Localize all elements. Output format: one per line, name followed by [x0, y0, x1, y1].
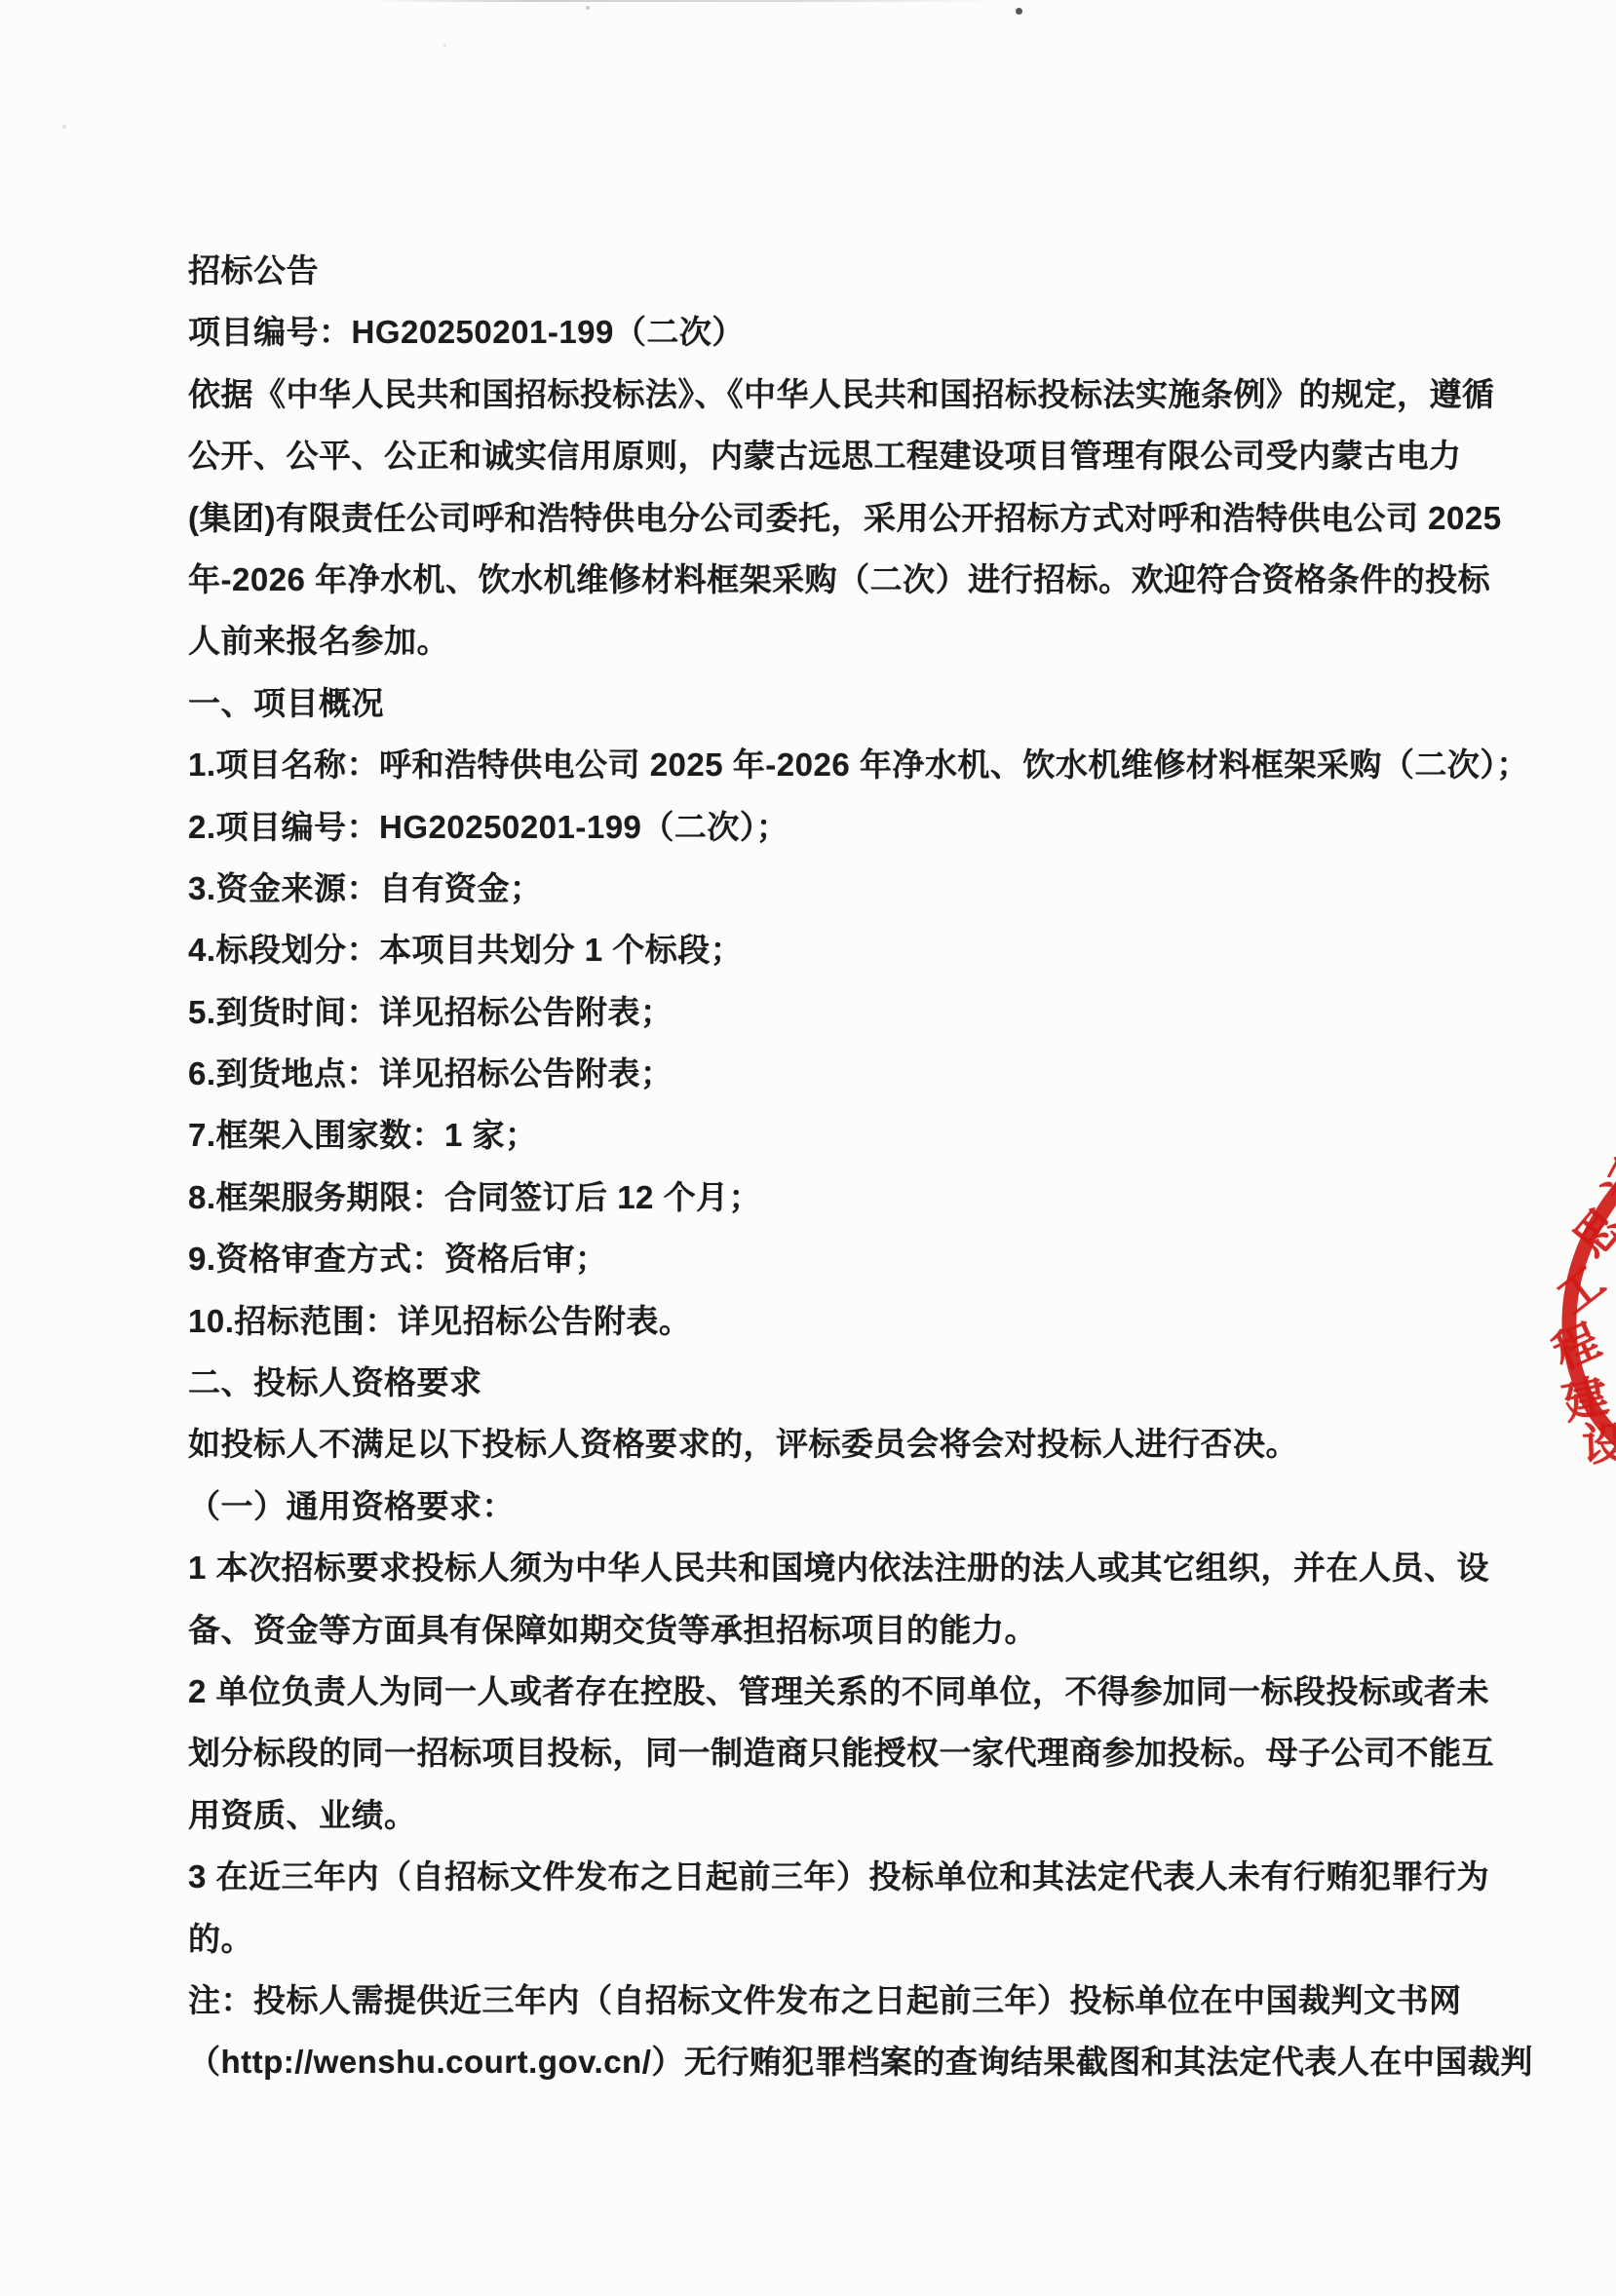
document-line: 5.到货时间：详见招标公告附表；	[188, 981, 1455, 1043]
document-line: 项目编号：HG20250201-199（二次）	[188, 301, 1455, 363]
document-line: 2 单位负责人为同一人或者存在控股、管理关系的不同单位，不得参加同一标段投标或者…	[188, 1661, 1455, 1722]
document-line: 6.到货地点：详见招标公告附表；	[188, 1043, 1455, 1104]
seal-character: 程	[1542, 1305, 1609, 1382]
document-line: 2.项目编号：HG20250201-199（二次）；	[188, 796, 1455, 858]
document-line: （http://wenshu.court.gov.cn/）无行贿犯罪档案的查询结…	[188, 2031, 1455, 2092]
document-line: （一）通用资格要求：	[188, 1475, 1455, 1537]
scan-speck	[1016, 8, 1022, 15]
scan-speck	[586, 6, 590, 10]
seal-character: 远	[1586, 1143, 1616, 1213]
document-line: 一、项目概况	[188, 672, 1455, 734]
document-line: 二、投标人资格要求	[188, 1352, 1455, 1413]
document-line: 7.框架入围家数：1 家；	[188, 1104, 1455, 1166]
scan-speck	[62, 125, 66, 129]
document-line: 10.招标范围：详见招标公告附表。	[188, 1290, 1455, 1352]
document-body: 项目编号：HG20250201-199（二次）依据《中华人民共和国招标投标法》、…	[188, 301, 1455, 2092]
document-line: 依据《中华人民共和国招标投标法》、《中华人民共和国招标投标法实施条例》的规定，遵…	[188, 364, 1455, 425]
document-line: 9.资格审查方式：资格后审；	[188, 1228, 1455, 1289]
document-page: 招标公告 项目编号：HG20250201-199（二次）依据《中华人民共和国招标…	[0, 0, 1616, 2296]
document-line: 用资质、业绩。	[188, 1784, 1455, 1846]
document-line: 3.资金来源：自有资金；	[188, 858, 1455, 919]
document-line: (集团)有限责任公司呼和浩特供电分公司委托，采用公开招标方式对呼和浩特供电公司 …	[188, 487, 1455, 549]
document-line: 年-2026 年净水机、饮水机维修材料框架采购（二次）进行招标。欢迎符合资格条件…	[188, 549, 1455, 610]
document-line: 3 在近三年内（自招标文件发布之日起前三年）投标单位和其法定代表人未有行贿犯罪行…	[188, 1846, 1455, 1907]
scan-speck	[443, 44, 446, 47]
document-line: 1 本次招标要求投标人须为中华人民共和国境内依法注册的法人或其它组织，并在人员、…	[188, 1537, 1455, 1598]
document-line: 划分标段的同一招标项目投标，同一制造商只能授权一家代理商参加投标。母子公司不能互	[188, 1722, 1455, 1783]
document-line: 注：投标人需提供近三年内（自招标文件发布之日起前三年）投标单位在中国裁判文书网	[188, 1970, 1455, 2031]
document-line: 公开、公平、公正和诚实信用原则，内蒙古远思工程建设项目管理有限公司受内蒙古电力	[188, 425, 1455, 486]
seal-ring-icon	[1481, 1006, 1616, 1577]
seal-character: 思	[1557, 1193, 1616, 1269]
document-title: 招标公告	[188, 240, 1455, 301]
document-line: 如投标人不满足以下投标人资格要求的，评标委员会将会对投标人进行否决。	[188, 1413, 1455, 1474]
scan-edge-artifact	[370, 0, 994, 2]
document-line: 4.标段划分：本项目共划分 1 个标段；	[188, 919, 1455, 980]
document-line: 备、资金等方面具有保障如期交货等承担招标项目的能力。	[188, 1599, 1455, 1661]
document-line: 的。	[188, 1908, 1455, 1970]
document-line: 人前来报名参加。	[188, 610, 1455, 671]
seal-character: 设	[1581, 1408, 1616, 1474]
document-line: 1.项目名称：呼和浩特供电公司 2025 年-2026 年净水机、饮水机维修材料…	[188, 734, 1455, 795]
document-line: 8.框架服务期限：合同签订后 12 个月；	[188, 1167, 1455, 1228]
seal-character: 建	[1557, 1360, 1614, 1433]
document-content: 招标公告 项目编号：HG20250201-199（二次）依据《中华人民共和国招标…	[188, 240, 1455, 2093]
seal-character: 工	[1542, 1248, 1616, 1326]
